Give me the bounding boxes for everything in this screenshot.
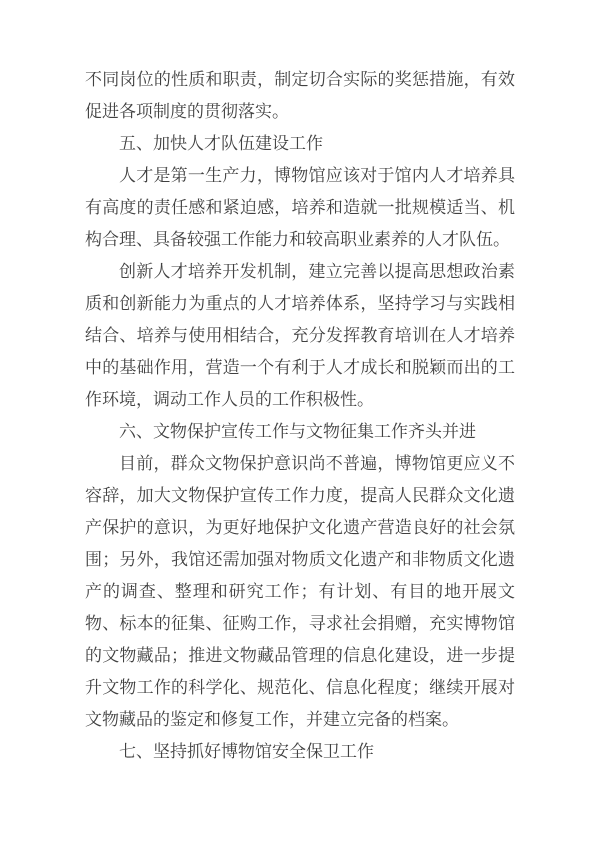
document-body: 不同岗位的性质和职责，制定切合实际的奖惩措施，有效促进各项制度的贯彻落实。 五、… (85, 64, 515, 768)
section-heading-seven: 七、坚持抓好博物馆安全保卫工作 (85, 736, 515, 768)
section-heading-five: 五、加快人才队伍建设工作 (85, 128, 515, 160)
document-page: 不同岗位的性质和职责，制定切合实际的奖惩措施，有效促进各项制度的贯彻落实。 五、… (0, 0, 600, 848)
paragraph-continuation: 不同岗位的性质和职责，制定切合实际的奖惩措施，有效促进各项制度的贯彻落实。 (85, 64, 515, 128)
section-heading-six: 六、文物保护宣传工作与文物征集工作齐头并进 (85, 416, 515, 448)
paragraph-relic-protection: 目前，群众文物保护意识尚不普遍，博物馆更应义不容辞，加大文物保护宣传工作力度，提… (85, 448, 515, 736)
paragraph-talent-importance: 人才是第一生产力，博物馆应该对于馆内人才培养具有高度的责任感和紧迫感，培养和造就… (85, 160, 515, 256)
paragraph-talent-mechanism: 创新人才培养开发机制，建立完善以提高思想政治素质和创新能力为重点的人才培养体系，… (85, 256, 515, 416)
